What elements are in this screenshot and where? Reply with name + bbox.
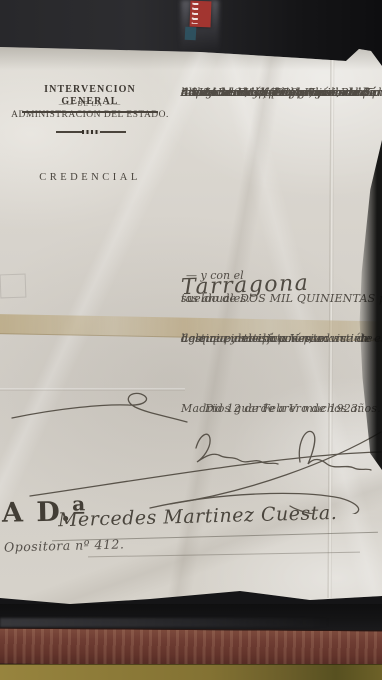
letterhead-org: ADMINISTRACION DEL ESTADO.: [4, 110, 176, 121]
annotation-underline: [88, 552, 360, 558]
blue-label-sliver: [185, 27, 197, 41]
letterhead-subtitle: —— DE LA ——: [22, 101, 158, 108]
framed-document-photo: INTERVENCION GENERAL —— DE LA —— ADMINIS…: [0, 0, 382, 680]
body-line: destino, inmediatamente.: [181, 332, 328, 351]
frame-wood-strip: [0, 628, 382, 667]
body-line: de Hacienda de la provincia de: [181, 86, 360, 105]
credential-document-paper: INTERVENCION GENERAL —— DE LA —— ADMINIS…: [0, 44, 382, 606]
annotation-note: Opositora nº 412.: [4, 536, 125, 554]
frame-mat-bottom: [0, 604, 382, 630]
paper-crease-horizontal: [0, 388, 185, 391]
pencil-mark: [0, 274, 26, 299]
doc-type-heading: CREDENCIAL: [22, 172, 158, 185]
letterhead-rule: [56, 130, 126, 135]
letterhead-title: INTERVENCION GENERAL: [22, 84, 158, 113]
province-suffix: — y con el: [186, 269, 244, 282]
label-marks: [192, 3, 199, 24]
rule-dots: [82, 130, 100, 134]
frame-brass-strip: [0, 664, 382, 680]
red-label-sticker: [190, 1, 212, 28]
signature-flourish: [0, 392, 382, 514]
mat-reflection-streak: [0, 618, 330, 627]
body-line: tas anuales.: [181, 292, 250, 311]
